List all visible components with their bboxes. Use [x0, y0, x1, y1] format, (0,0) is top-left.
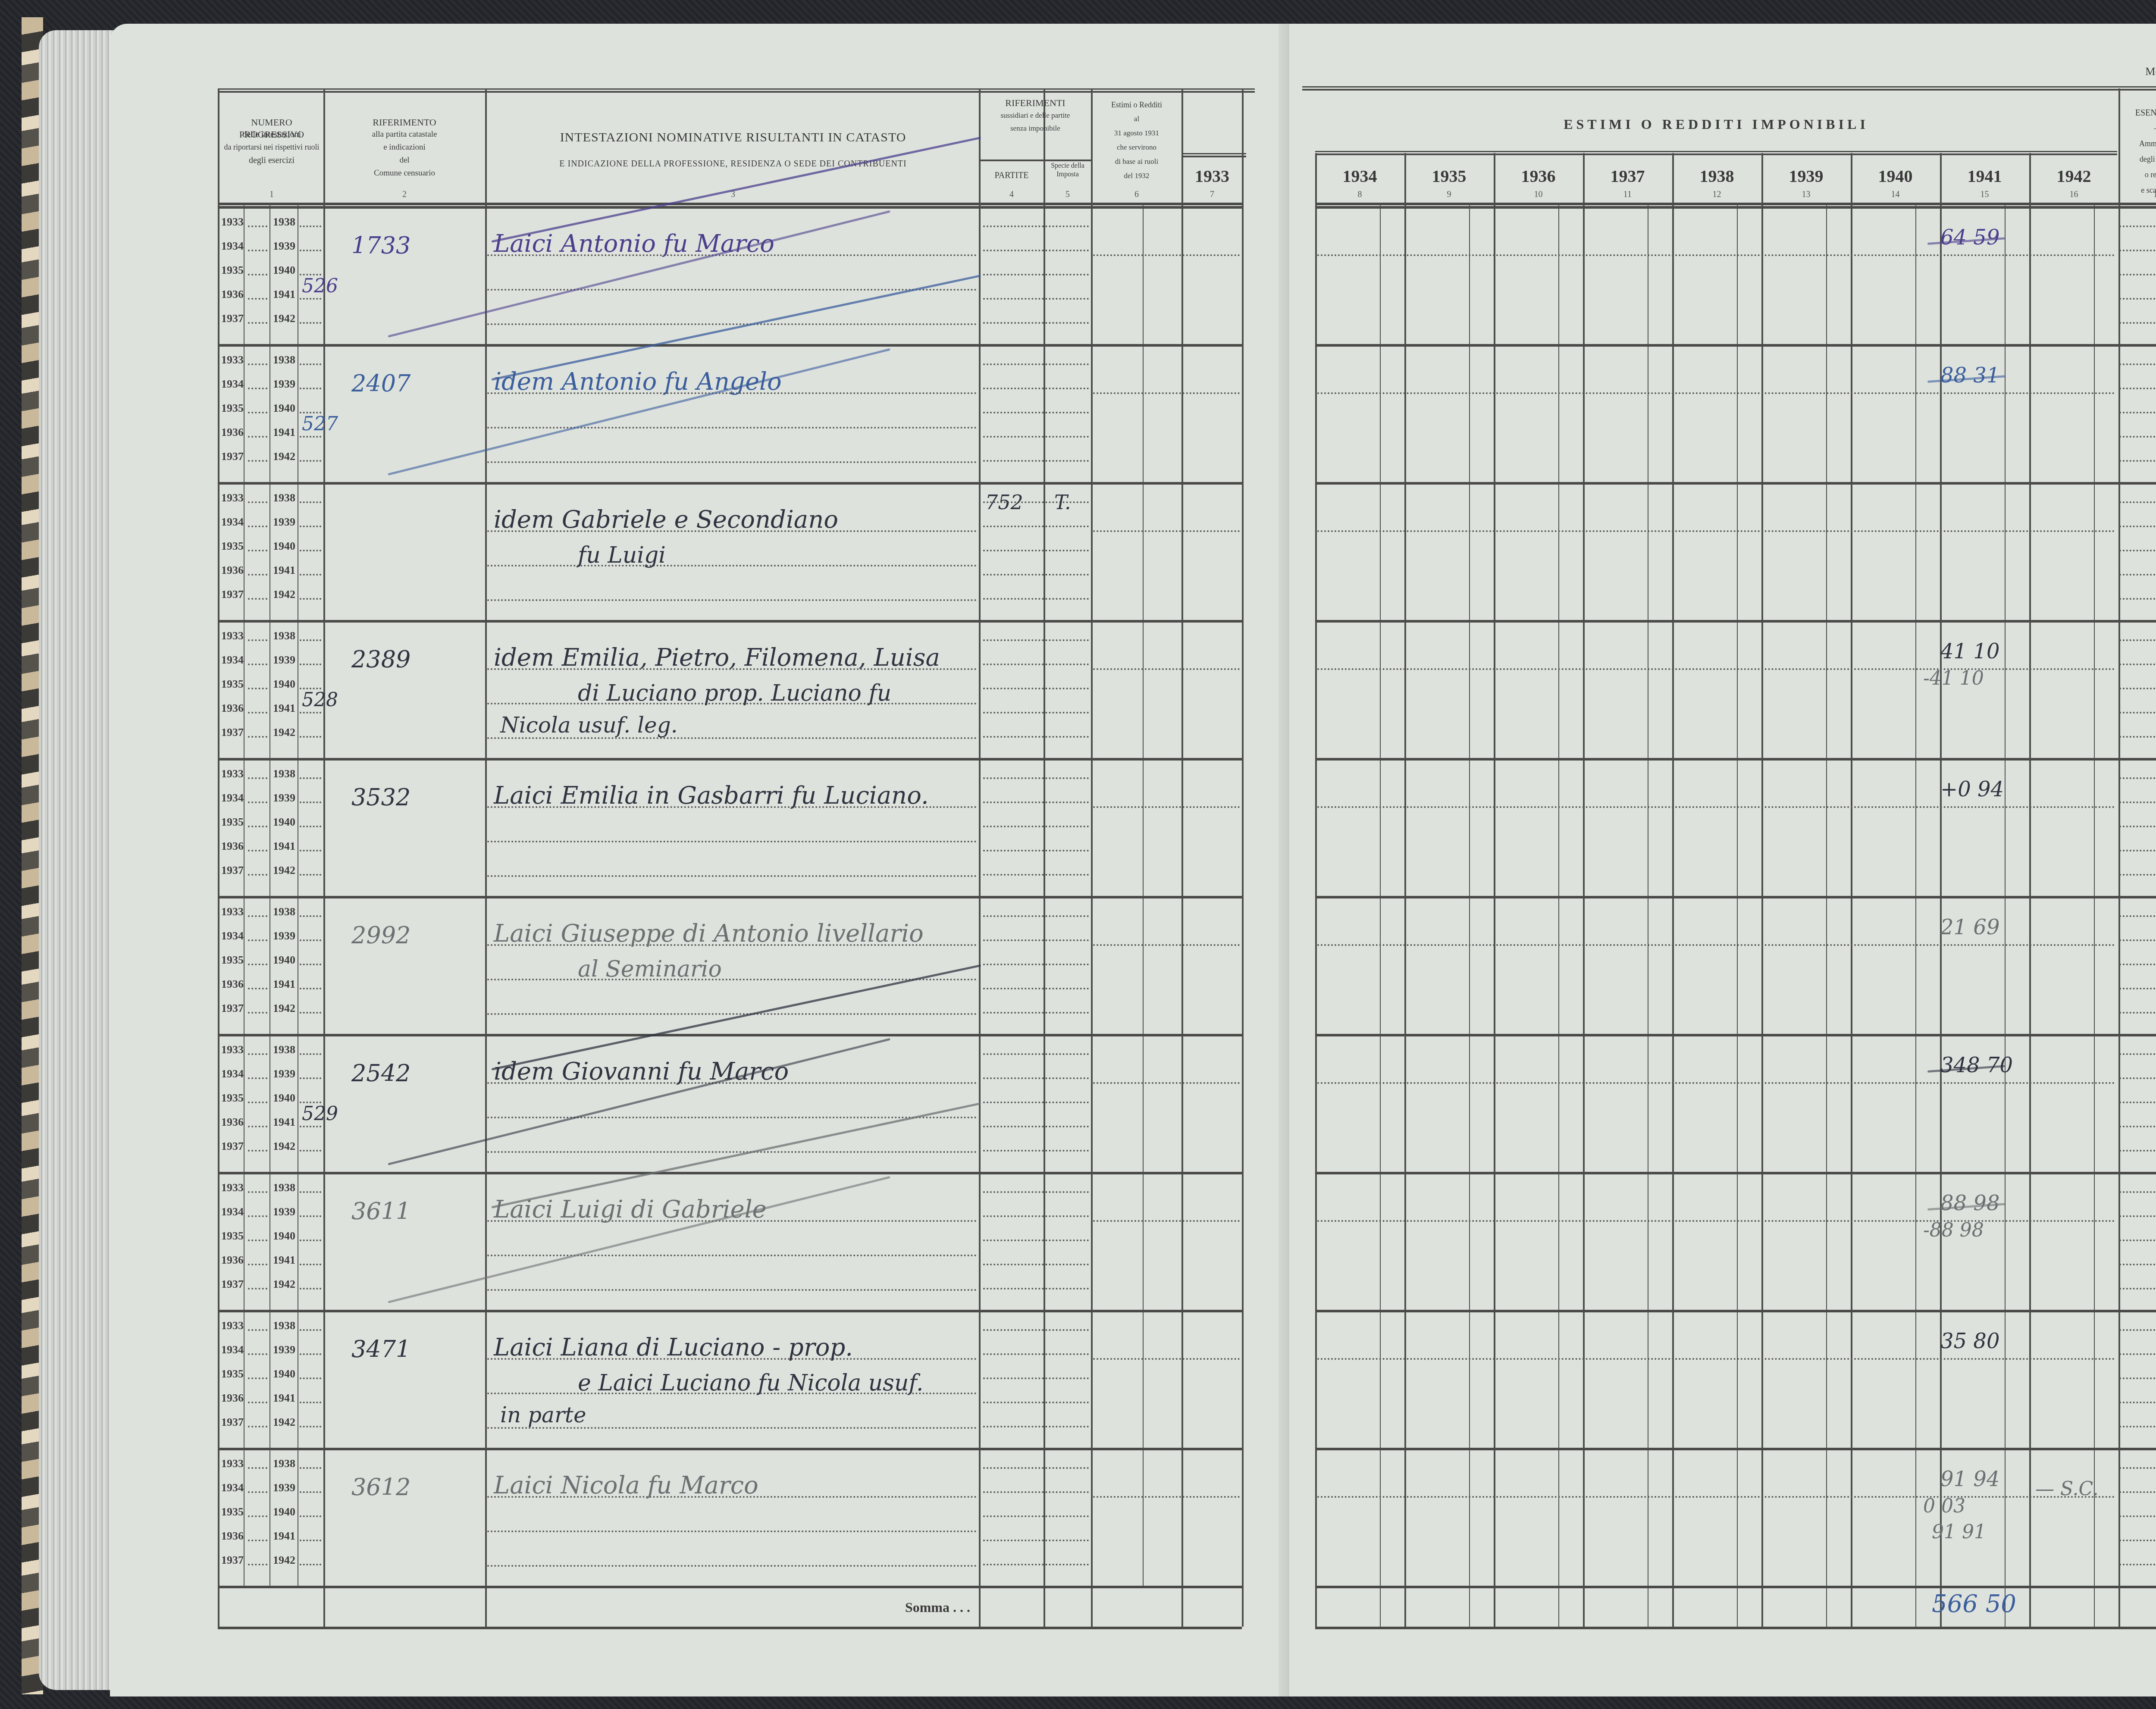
dotted-line	[1093, 1220, 1240, 1222]
year-label: 1936	[221, 978, 244, 991]
year-label: 1933	[221, 1457, 244, 1470]
dotted-line	[248, 1239, 267, 1241]
dotted-line	[1093, 944, 1240, 946]
dotted-line	[983, 664, 1089, 665]
entry-separator	[218, 1172, 1242, 1174]
dotted-line	[300, 639, 321, 641]
year-label: 1942	[273, 864, 295, 877]
dotted-line	[2119, 1491, 2156, 1493]
dotted-line	[2119, 1515, 2156, 1517]
header-year-num: 11	[1583, 190, 1672, 200]
year-label: 1938	[273, 905, 295, 918]
header-year-num: 10	[1494, 190, 1583, 200]
dotted-line	[248, 1564, 267, 1565]
dotted-line	[300, 1053, 321, 1055]
dotted-line	[983, 1053, 1089, 1055]
dotted-line	[487, 427, 977, 429]
dotted-line	[248, 598, 267, 600]
header-bottom-rule-left	[218, 203, 1242, 205]
year-label: 1938	[273, 1319, 295, 1332]
dotted-line	[2119, 501, 2156, 503]
dotted-line	[487, 875, 977, 877]
year-label: 1940	[273, 1506, 295, 1518]
dotted-line	[2119, 460, 2156, 462]
estimi-split-rule	[1315, 151, 2117, 155]
header-year-num: 15	[1940, 190, 2029, 200]
year-label: 1937	[221, 726, 244, 739]
column-rule	[1851, 153, 1852, 1627]
dotted-line	[983, 688, 1089, 689]
dotted-line	[248, 1353, 267, 1355]
entry-separator	[218, 344, 1242, 347]
year-label: 1938	[273, 1043, 295, 1056]
entry-separator	[1315, 758, 2156, 761]
right-page	[1289, 24, 2156, 1696]
dotted-line	[300, 1540, 321, 1541]
year-label: 1942	[273, 588, 295, 601]
header-col4-num: 4	[980, 190, 1044, 200]
year-label: 1935	[221, 1092, 244, 1105]
year-label: 1934	[221, 378, 244, 391]
header-specie: Specie della Imposta	[1044, 162, 1091, 179]
year-label: 1933	[221, 1043, 244, 1056]
dotted-line	[2119, 1402, 2156, 1403]
dotted-line	[487, 323, 977, 325]
dotted-line	[2119, 1150, 2156, 1152]
header-esenzioni-line2: degli estimi	[2119, 154, 2156, 164]
dotted-line	[983, 298, 1089, 300]
year-label: 1933	[221, 491, 244, 504]
dotted-line	[300, 964, 321, 965]
contributor-name: Laici Emilia in Gasbarri fu Luciano.	[494, 782, 929, 810]
dotted-line	[300, 1467, 321, 1469]
dotted-line	[1317, 806, 2115, 808]
header-col2-num: 2	[324, 190, 485, 200]
dotted-line	[487, 1117, 977, 1118]
year-label: 1934	[221, 930, 244, 942]
col7-split-rule	[1181, 153, 1246, 157]
header-year-num: 12	[1672, 190, 1761, 200]
dotted-line	[487, 1565, 977, 1567]
partita-number: 2389	[351, 646, 411, 673]
header-col3-subtitle: E INDICAZIONE DELLA PROFESSIONE, RESIDEN…	[487, 159, 979, 169]
entry-separator	[218, 1448, 1242, 1450]
dotted-line	[248, 436, 267, 438]
dotted-line	[2119, 550, 2156, 551]
dotted-line	[487, 1013, 977, 1015]
dotted-line	[983, 1191, 1089, 1193]
dotted-line	[248, 322, 267, 324]
dotted-line	[248, 939, 267, 941]
dotted-line	[2119, 526, 2156, 527]
dotted-line	[300, 1491, 321, 1493]
dotted-line	[983, 1426, 1089, 1427]
dotted-line	[2119, 1467, 2156, 1469]
header-col5-num: 5	[1044, 190, 1091, 200]
year-label: 1941	[273, 564, 295, 577]
year-label: 1937	[221, 1002, 244, 1015]
dotted-line	[2119, 639, 2156, 641]
dotted-line	[487, 1255, 977, 1256]
year-label: 1939	[273, 1067, 295, 1080]
dotted-line	[300, 1353, 321, 1355]
partita-number: 2992	[351, 922, 411, 949]
year-label: 1941	[273, 978, 295, 991]
header-year-num: 9	[1404, 190, 1494, 200]
year-label: 1935	[221, 1368, 244, 1380]
somma-value-1941: 566 50	[1932, 1590, 2016, 1618]
header-col6-line5: di base ai ruoli	[1092, 157, 1181, 166]
dotted-line	[300, 1329, 321, 1331]
header-year-1939: 1939	[1761, 166, 1851, 186]
dotted-line	[300, 388, 321, 389]
dotted-line	[300, 1126, 321, 1127]
header-partite: PARTITE	[980, 170, 1044, 181]
year-label: 1936	[221, 426, 244, 439]
riferimenti-split-rule	[979, 160, 1091, 161]
dotted-line	[983, 639, 1089, 641]
header-col6-line4: che servirono	[1092, 143, 1181, 152]
year-label: 1942	[273, 312, 295, 325]
dotted-line	[2119, 939, 2156, 941]
dotted-line	[300, 550, 321, 551]
year-label: 1934	[221, 240, 244, 253]
dotted-line	[983, 777, 1089, 779]
header-year-1935: 1935	[1404, 166, 1494, 186]
dotted-line	[1317, 530, 2115, 532]
dotted-line	[1317, 1496, 2115, 1498]
header-col1-line3: da riportarsi nei rispettivi ruoli	[220, 142, 323, 152]
progressive-number: 527	[302, 413, 338, 435]
header-riferimenti-title: RIFERIMENTI	[980, 97, 1091, 109]
dotted-line	[248, 688, 267, 689]
dotted-line	[300, 526, 321, 527]
header-year-num: 13	[1761, 190, 1851, 200]
dotted-line	[248, 874, 267, 876]
top-border-left	[218, 88, 1255, 93]
dotted-line	[2119, 1126, 2156, 1127]
dotted-line	[248, 412, 267, 413]
dotted-line	[487, 841, 977, 842]
dotted-line	[300, 777, 321, 779]
value-1941-b: -88 98	[1923, 1219, 1984, 1241]
dotted-line	[983, 1540, 1089, 1541]
header-col2-line2: alla partita catastale	[324, 129, 485, 140]
year-label: 1940	[273, 954, 295, 967]
header-col6-line6: del 1932	[1092, 171, 1181, 180]
cents-column-rule	[1826, 203, 1827, 1627]
dotted-line	[248, 736, 267, 738]
contributor-name-line2: al Seminario	[578, 956, 722, 982]
year-label: 1933	[221, 905, 244, 918]
contributor-name-line2: di Luciano prop. Luciano fu	[578, 680, 891, 706]
dotted-line	[300, 1012, 321, 1014]
dotted-line	[300, 1215, 321, 1217]
year-label: 1938	[273, 1181, 295, 1194]
contributor-name-line3: in parte	[500, 1402, 586, 1427]
dotted-line	[248, 1377, 267, 1379]
year-label: 1933	[221, 629, 244, 642]
dotted-line	[248, 298, 267, 300]
year-label: 1935	[221, 540, 244, 553]
year-label: 1935	[221, 264, 244, 277]
form-code: Mod. 111 - Imposte Dirette (Intercalare)…	[2113, 65, 2156, 79]
dotted-line	[248, 1491, 267, 1493]
year-label: 1939	[273, 1481, 295, 1494]
header-col2-line1: RIFERIMENTO	[324, 116, 485, 128]
contributor-name: Laici Antonio fu Marco	[494, 230, 774, 258]
dotted-line	[2119, 736, 2156, 738]
partita-number: 3532	[351, 784, 411, 811]
dotted-line	[487, 461, 977, 463]
year-label: 1940	[273, 678, 295, 691]
dotted-line	[248, 988, 267, 989]
header-col2-line5: Comune censuario	[324, 168, 485, 178]
page-stack-edges	[39, 30, 121, 1690]
cents-column-rule	[1737, 203, 1738, 1627]
dotted-line	[2119, 1288, 2156, 1290]
column-rule	[2118, 88, 2120, 1627]
value-1941: 91 94	[1940, 1467, 1999, 1491]
column-rule	[2029, 153, 2031, 1627]
progressive-number: 528	[302, 689, 338, 711]
dotted-line	[248, 225, 267, 227]
dotted-line	[248, 1012, 267, 1014]
dotted-line	[300, 1077, 321, 1079]
year-label: 1942	[273, 726, 295, 739]
year-label: 1941	[273, 426, 295, 439]
year-label: 1935	[221, 1230, 244, 1243]
dotted-line	[248, 1264, 267, 1265]
value-1941: 21 69	[1940, 915, 1999, 939]
dotted-line	[300, 826, 321, 827]
year-label: 1934	[221, 1205, 244, 1218]
dotted-line	[300, 1564, 321, 1565]
year-label: 1938	[273, 354, 295, 366]
header-riferimenti-line3: senza imponibile	[980, 124, 1091, 133]
contributor-name-line2: fu Luigi	[578, 542, 666, 568]
contributor-name-line2: e Laici Luciano fu Nicola usuf.	[578, 1370, 923, 1396]
dotted-line	[983, 1564, 1089, 1565]
dotted-line	[248, 460, 267, 462]
entry-separator	[218, 1034, 1242, 1036]
contributor-name: Laici Liana di Luciano - prop.	[494, 1333, 853, 1362]
year-label: 1941	[273, 288, 295, 301]
somma-bottom-rule	[1315, 1627, 2156, 1629]
partita-number: 2407	[351, 370, 411, 397]
year-label: 1935	[221, 954, 244, 967]
dotted-line	[1317, 1358, 2115, 1360]
dotted-line	[300, 1191, 321, 1193]
dotted-line	[300, 874, 321, 876]
header-col1-line4: degli esercizi	[220, 155, 323, 166]
dotted-line	[300, 801, 321, 803]
year-label: 1935	[221, 816, 244, 829]
year-label: 1936	[221, 1116, 244, 1129]
dotted-line	[983, 436, 1089, 438]
dotted-line	[2119, 1264, 2156, 1265]
year-label: 1940	[273, 1368, 295, 1380]
dotted-line	[300, 298, 321, 300]
dotted-line	[2119, 298, 2156, 300]
year-label: 1942	[273, 450, 295, 463]
column-rule	[979, 88, 981, 1627]
dotted-line	[1093, 1358, 1240, 1360]
dotted-line	[487, 1151, 977, 1153]
cents-column-rule	[2005, 203, 2006, 1627]
dotted-line	[300, 363, 321, 365]
year-label: 1938	[273, 629, 295, 642]
dotted-line	[2119, 412, 2156, 413]
dotted-line	[983, 225, 1089, 227]
somma-bottom-rule	[218, 1627, 1242, 1629]
partita-number: 3611	[351, 1198, 411, 1225]
dotted-line	[300, 1426, 321, 1427]
dotted-line	[983, 1491, 1089, 1493]
dotted-line	[983, 274, 1089, 275]
dotted-line	[1093, 254, 1240, 256]
dotted-line	[248, 1053, 267, 1055]
dotted-line	[983, 322, 1089, 324]
dotted-line	[487, 1289, 977, 1291]
dotted-line	[300, 1377, 321, 1379]
year-label: 1939	[273, 930, 295, 942]
year-label: 1936	[221, 702, 244, 715]
dotted-line	[300, 598, 321, 600]
dotted-line	[2119, 250, 2156, 251]
dotted-line	[2119, 1564, 2156, 1565]
header-esenzioni-num: 17	[2119, 190, 2156, 200]
dotted-line	[1093, 392, 1240, 394]
dotted-line	[983, 964, 1089, 965]
header-year-1934: 1934	[1315, 166, 1404, 186]
dotted-line	[983, 988, 1089, 989]
year-label: 1942	[273, 1416, 295, 1429]
dotted-line	[2119, 688, 2156, 689]
column-rule	[1242, 88, 1244, 1627]
year-label: 1939	[273, 516, 295, 529]
header-col2-line3: e indicazioni	[324, 142, 485, 153]
year-label: 1933	[221, 354, 244, 366]
partita-number: 2542	[351, 1060, 411, 1087]
dotted-line	[2119, 664, 2156, 665]
year-label: 1933	[221, 216, 244, 228]
dotted-line	[983, 598, 1089, 600]
contributor-name: Laici Nicola fu Marco	[494, 1471, 758, 1499]
dotted-line	[248, 712, 267, 714]
dotted-line	[983, 874, 1089, 876]
dotted-line	[983, 388, 1089, 389]
year-label: 1937	[221, 1554, 244, 1567]
dotted-line	[983, 1515, 1089, 1517]
year-label: 1939	[273, 240, 295, 253]
entry-separator	[1315, 1448, 2156, 1450]
dotted-line	[2119, 1102, 2156, 1103]
partita-number: 3471	[351, 1336, 411, 1363]
top-border-right	[1302, 86, 2156, 91]
year-label: 1937	[221, 1140, 244, 1153]
dotted-line	[300, 712, 321, 714]
entry-separator	[218, 896, 1242, 898]
year-label: 1934	[221, 792, 244, 804]
header-col6-line3: 31 agosto 1931	[1092, 128, 1181, 138]
dotted-line	[1317, 668, 2115, 670]
value-1941: 88 98	[1940, 1191, 1999, 1215]
dotted-line	[983, 1102, 1089, 1103]
column-rule	[1404, 153, 1406, 1627]
column-rule	[1091, 88, 1093, 1627]
year-label: 1937	[221, 1278, 244, 1291]
entry-separator	[218, 482, 1242, 485]
year-label: 1941	[273, 840, 295, 853]
dotted-line	[300, 939, 321, 941]
header-year-1940: 1940	[1851, 166, 1940, 186]
header-col1-line2: delle intestazioni	[220, 129, 323, 140]
dotted-line	[983, 1012, 1089, 1014]
entry-separator	[1315, 1034, 2156, 1036]
year-label: 1938	[273, 767, 295, 780]
dotted-line	[2119, 1426, 2156, 1427]
column-rule	[218, 88, 219, 1627]
dotted-line	[300, 460, 321, 462]
header-esenzioni-title: ESENZIONI	[2119, 108, 2156, 119]
dotted-line	[300, 501, 321, 503]
column-rule	[1494, 153, 1495, 1627]
dotted-line	[983, 801, 1089, 803]
dotted-line	[983, 1288, 1089, 1290]
entry-separator	[1315, 344, 2156, 347]
year-label: 1935	[221, 678, 244, 691]
year-label: 1936	[221, 840, 244, 853]
dotted-line	[300, 664, 321, 665]
year-label: 1936	[221, 1530, 244, 1543]
dotted-line	[300, 250, 321, 251]
year-label: 1934	[221, 1481, 244, 1494]
year-label: 1935	[221, 402, 244, 415]
header-esenzioni-line3: o redditi	[2119, 170, 2156, 180]
header-col2-line4: del	[324, 155, 485, 166]
entry-separator	[1315, 1310, 2156, 1312]
dotted-line	[248, 1467, 267, 1469]
header-riferimenti-line2: sussidiari e delle partite	[980, 111, 1091, 120]
year-label: 1936	[221, 288, 244, 301]
dotted-line	[300, 1515, 321, 1517]
dotted-line	[2119, 1540, 2156, 1541]
entry-separator	[218, 758, 1242, 761]
dotted-line	[248, 1515, 267, 1517]
dotted-line	[2119, 988, 2156, 989]
dotted-line	[300, 436, 321, 438]
dotted-line	[983, 412, 1089, 413]
dotted-line	[248, 1215, 267, 1217]
dotted-line	[983, 712, 1089, 714]
cents-column-rule	[1915, 203, 1916, 1627]
year-label: 1942	[273, 1278, 295, 1291]
header-year-1938: 1938	[1672, 166, 1761, 186]
contributor-name-line3: Nicola usuf. leg.	[500, 713, 678, 738]
dotted-line	[2119, 712, 2156, 714]
year-label: 1939	[273, 378, 295, 391]
year-label: 1940	[273, 1230, 295, 1243]
year-label: 1933	[221, 1181, 244, 1194]
header-col7-year: 1933	[1182, 166, 1242, 186]
header-col6-line1: Estimi o Redditi	[1092, 100, 1181, 110]
year-label: 1936	[221, 564, 244, 577]
value-1941: 41 10	[1940, 639, 1999, 664]
dotted-line	[2119, 225, 2156, 227]
header-year-1937: 1937	[1583, 166, 1672, 186]
dotted-line	[248, 1077, 267, 1079]
